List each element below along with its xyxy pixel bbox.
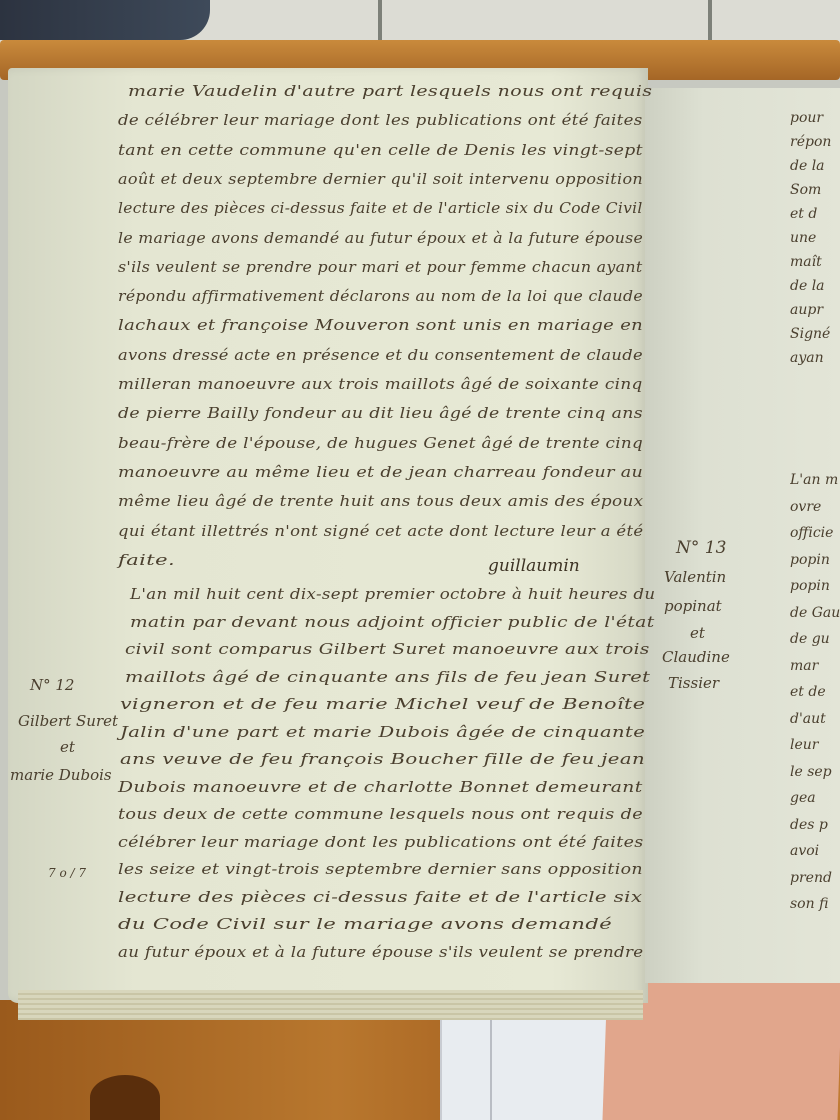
cut-off-line: popin xyxy=(790,552,840,568)
cut-off-line: avoi xyxy=(790,843,840,859)
margin-name-groom-last: popinat xyxy=(664,597,722,615)
cut-off-line: prend xyxy=(790,870,840,886)
handwritten-line: marie Vaudelin d'autre part lesquels nou… xyxy=(128,82,652,100)
handwritten-line: célébrer leur mariage dont les publicati… xyxy=(118,833,644,851)
handwritten-line: beau-frère de l'épouse, de hugues Genet … xyxy=(118,434,643,452)
cut-off-line: pour xyxy=(790,110,840,126)
signature: guillaumin xyxy=(488,556,580,576)
cut-off-line: de la xyxy=(790,278,840,294)
handwritten-line: du Code Civil sur le mariage avons deman… xyxy=(118,915,612,933)
page-stack-edge xyxy=(18,990,643,1020)
cut-off-line: une xyxy=(790,230,840,246)
handwritten-line: qui étant illettrés n'ont signé cet acte… xyxy=(118,522,643,540)
background-object xyxy=(0,0,210,40)
handwritten-line: vigneron et de feu marie Michel veuf de … xyxy=(120,695,645,713)
cut-off-line: gea xyxy=(790,790,840,806)
cut-off-line: et de xyxy=(790,684,840,700)
handwritten-line: de pierre Bailly fondeur au dit lieu âgé… xyxy=(118,404,643,422)
entry-number: N° 12 xyxy=(30,676,74,694)
cut-off-line: des p xyxy=(790,817,840,833)
handwritten-line: de célébrer leur mariage dont les public… xyxy=(118,111,643,129)
margin-name-groom-first: Valentin xyxy=(664,568,726,586)
handwritten-line: Dubois manoeuvre et de charlotte Bonnet … xyxy=(118,778,643,796)
margin-name-and: et xyxy=(60,738,75,756)
handwritten-line: tant en cette commune qu'en celle de Den… xyxy=(118,141,643,159)
margin-name-bride: marie Dubois xyxy=(10,766,112,784)
cut-off-line: ayan xyxy=(790,350,840,366)
cut-off-line: mar xyxy=(790,658,840,674)
handwritten-line: lecture des pièces ci-dessus faite et de… xyxy=(118,888,642,906)
handwritten-line: L'an mil huit cent dix-sept premier octo… xyxy=(130,585,655,603)
margin-name-and: et xyxy=(690,624,705,642)
handwritten-line: répondu affirmativement déclarons au nom… xyxy=(118,287,643,305)
cut-off-line: aupr xyxy=(790,302,840,318)
handwritten-line: lecture des pièces ci-dessus faite et de… xyxy=(118,199,643,217)
cut-off-line: de Gau xyxy=(790,605,840,621)
cut-off-line: officie xyxy=(790,525,840,541)
handwritten-line: civil sont comparus Gilbert Suret manoeu… xyxy=(125,640,650,658)
handwritten-line: Jalin d'une part et marie Dubois âgée de… xyxy=(120,723,645,741)
handwritten-line: manoeuvre au même lieu et de jean charre… xyxy=(118,463,643,481)
cut-off-line: Signé xyxy=(790,326,840,342)
cut-off-line: répon xyxy=(790,134,840,150)
cut-off-line: maît xyxy=(790,254,840,270)
cut-off-line: Som xyxy=(790,182,840,198)
handwritten-line: faite. xyxy=(118,551,175,569)
cut-off-line: L'an m xyxy=(790,472,840,488)
handwritten-line: les seize et vingt-trois septembre derni… xyxy=(118,860,643,878)
handwritten-line: maillots âgé de cinquante ans fils de fe… xyxy=(125,668,650,686)
cut-off-line: de gu xyxy=(790,631,840,647)
handwritten-line: milleran manoeuvre aux trois maillots âg… xyxy=(118,375,643,393)
handwritten-line: tous deux de cette commune lesquels nous… xyxy=(118,805,643,823)
margin-name-bride-first: Claudine xyxy=(662,648,730,666)
handwritten-line: lachaux et françoise Mouveron sont unis … xyxy=(118,316,643,334)
handwritten-line: matin par devant nous adjoint officier p… xyxy=(130,613,655,631)
cut-off-line: et d xyxy=(790,206,840,222)
margin-name-groom: Gilbert Suret xyxy=(18,712,118,730)
handwritten-line: même lieu âgé de trente huit ans tous de… xyxy=(118,492,643,510)
margin-name-bride-last: Tissier xyxy=(668,674,719,692)
entry-number: N° 13 xyxy=(676,538,726,558)
wood-knot xyxy=(90,1075,160,1120)
handwritten-line: s'ils veulent se prendre pour mari et po… xyxy=(118,258,642,276)
cut-off-line: ovre xyxy=(790,499,840,515)
cut-off-line: leur xyxy=(790,737,840,753)
handwritten-line: août et deux septembre dernier qu'il soi… xyxy=(118,170,643,188)
handwritten-line: ans veuve de feu françois Boucher fille … xyxy=(120,750,645,768)
handwritten-line: le mariage avons demandé au futur époux … xyxy=(118,229,643,247)
margin-mark: 7 o / 7 xyxy=(48,866,86,880)
cut-off-line: popin xyxy=(790,578,840,594)
cut-off-line: de la xyxy=(790,158,840,174)
handwritten-line: avons dressé acte en présence et du cons… xyxy=(118,346,643,364)
cut-off-line: d'aut xyxy=(790,711,840,727)
cut-off-line: son fi xyxy=(790,896,840,912)
cut-off-line: le sep xyxy=(790,764,840,780)
handwritten-line: au futur époux et à la future épouse s'i… xyxy=(118,943,643,961)
